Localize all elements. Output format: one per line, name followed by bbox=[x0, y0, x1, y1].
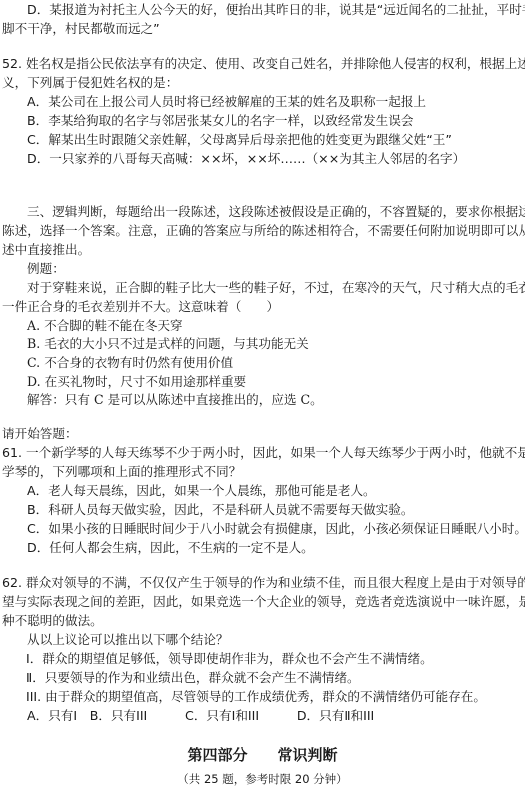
section3-intro-line3: 述中直接推出。 bbox=[2, 240, 90, 259]
example-answer: 解答：只有 C 是可以从陈述中直接推出的，应选 C。 bbox=[27, 390, 323, 409]
start-prompt: 请开始答题： bbox=[2, 424, 78, 443]
section3-intro-line1: 三、逻辑判断，每题给出一段陈述，这段陈述被假设是正确的，不容置疑的，要求你根据这… bbox=[27, 202, 525, 221]
example-option-b: B. 毛衣的大小只不过是式样的问题，与其功能无关 bbox=[27, 334, 309, 353]
q62-statement-2: Ⅱ．只要领导的作为和业绩出色，群众就不会产生不满情绪。 bbox=[26, 668, 360, 687]
example-label: 例题： bbox=[27, 259, 65, 278]
part4-subtitle: （共 25 题，参考时限 20 分钟） bbox=[0, 771, 525, 787]
q61-option-d: D．任何人都会生病，因此，不生病的一定不是人。 bbox=[27, 538, 314, 557]
q52-option-c: C．解某出生时跟随父亲姓解，父母离异后母亲把他的姓变更为跟继父姓“王” bbox=[27, 130, 452, 149]
example-option-c: C. 不合身的衣物有时仍然有使用价值 bbox=[27, 353, 233, 372]
q52-option-b: B．李某给狗取的名字与邻居张某女儿的名字一样，以致经常发生误会 bbox=[27, 111, 413, 130]
q62-stem-line2: 望与实际表现之间的差距，因此，如果竞选一个大企业的领导，竞选者竞选演说中一味许愿… bbox=[2, 592, 525, 611]
q61-option-a: A．老人每天晨练，因此，如果一个人晨练，那他可能是老人。 bbox=[27, 481, 376, 500]
example-stem-line2: 一件正合身的毛衣差别并不大。这意味着（ ） bbox=[2, 297, 279, 316]
q62-question: 从以上议论可以推出以下哪个结论？ bbox=[27, 630, 229, 649]
q61-stem-line2: 学琴的，下列哪项和上面的推理形式不同？ bbox=[2, 462, 241, 481]
q52-option-a: A．某公司在上报公司人员时将已经被解雇的王某的姓名及职称一起报上 bbox=[27, 92, 426, 111]
q52-stem-line2: 义，下列属于侵犯姓名权的是： bbox=[2, 73, 178, 92]
example-stem-line1: 对于穿鞋来说，正合脚的鞋子比大一些的鞋子好，不过，在寒冷的天气，尺寸稍大点的毛衣… bbox=[27, 278, 525, 297]
q62-stem-line3: 种不聪明的做法。 bbox=[2, 611, 103, 630]
q51-option-d-line1: D．某报道为衬托主人公今天的好，便抬出其昨日的非，说其是“远近闻名的二扯扯，平时… bbox=[27, 0, 525, 19]
q61-option-b: B．科研人员每天做实验，因此，不是科研人员就不需要每天做实验。 bbox=[27, 500, 413, 519]
example-option-a: A. 不合脚的鞋不能在冬天穿 bbox=[27, 316, 183, 335]
q52-option-d: D．一只家养的八哥每天高喊：××坏，××坏……（××为其主人邻居的名字） bbox=[27, 149, 465, 168]
q62-options: A．只有Ⅰ B．只有III C．只有Ⅰ和III D．只有Ⅱ和III bbox=[27, 706, 374, 725]
section3-intro-line2: 陈述，选择一个答案。注意，正确的答案应与所给的陈述相符合，不需要任何附加说明即可… bbox=[2, 221, 525, 240]
q62-statement-1: Ⅰ．群众的期望值足够低，领导即使胡作非为，群众也不会产生不满情绪。 bbox=[26, 649, 433, 668]
part4-title: 第四部分 常识判断 bbox=[0, 745, 525, 765]
q62-stem-line1: 62. 群众对领导的不满，不仅仅产生于领导的作为和业绩不佳，而且很大程度上是由于… bbox=[2, 573, 525, 592]
q52-stem-line1: 52. 姓名权是指公民依法享有的决定、使用、改变自己姓名，并排除他人侵害的权利，… bbox=[2, 54, 525, 73]
q51-option-d-line2: 脚不干净，村民都敬而远之” bbox=[2, 19, 160, 38]
q61-option-c: C．如果小孩的日睡眠时间少于八小时就会有损健康，因此，小孩必须保证日睡眠八小时。 bbox=[27, 519, 525, 538]
q62-statement-3: III. 由于群众的期望值高，尽管领导的工作成绩优秀，群众的不满情绪仍可能存在。 bbox=[26, 687, 486, 706]
example-option-d: D. 在买礼物时，尺寸不如用途那样重要 bbox=[27, 372, 246, 391]
q61-stem-line1: 61. 一个新学琴的人每天练琴不少于两小时，因此，如果一个人每天练琴少于两小时，… bbox=[2, 443, 525, 462]
